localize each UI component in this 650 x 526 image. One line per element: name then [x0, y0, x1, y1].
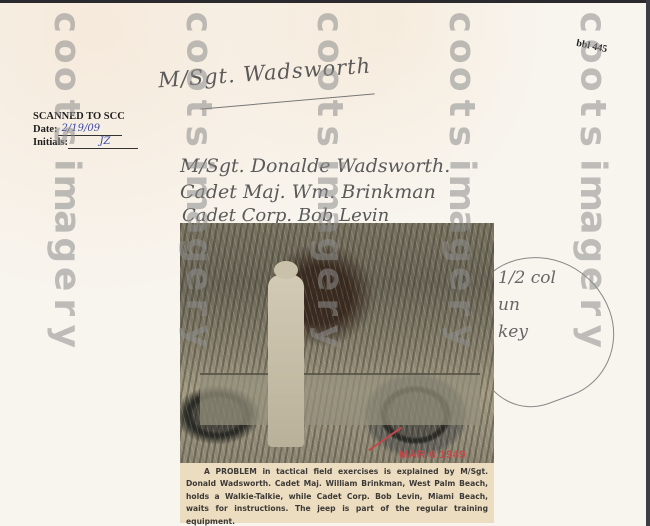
- underline-stroke: [200, 93, 374, 109]
- photo-back-sheet: M/Sgt. Wadsworth SCANNED TO SCC Date: 2/…: [0, 3, 646, 526]
- scan-edge: [646, 0, 650, 526]
- scan-stamp: SCANNED TO SCC Date: 2/19/09 Initials: J…: [33, 111, 138, 149]
- stamp-initials-label: Initials:: [33, 137, 68, 149]
- palm-foliage: [180, 223, 494, 463]
- margin-note-line: key: [498, 319, 556, 346]
- catalog-code: bbl 445: [575, 38, 608, 55]
- stamp-date-value: 2/19/09: [58, 123, 122, 136]
- jeep: [200, 373, 480, 425]
- date-stamp: MAR 6 1949: [399, 449, 466, 461]
- margin-note: 1/2 col un key: [498, 265, 556, 346]
- soldier-figure: [268, 275, 304, 447]
- stamp-date-label: Date:: [33, 124, 58, 136]
- stamp-title: SCANNED TO SCC: [33, 111, 138, 123]
- handwritten-name-1: M/Sgt. Donalde Wadsworth.: [180, 155, 450, 177]
- stamp-initials-value: JZ: [68, 136, 138, 149]
- clipping-caption: A PROBLEM in tactical field exercises is…: [180, 463, 494, 523]
- margin-note-line: 1/2 col: [498, 265, 556, 292]
- handwritten-name-2: Cadet Maj. Wm. Brinkman: [180, 181, 436, 203]
- newspaper-clipping-photo: MAR 6 1949: [180, 223, 494, 463]
- margin-note-line: un: [498, 292, 556, 319]
- handwritten-top-name: M/Sgt. Wadsworth: [157, 54, 371, 93]
